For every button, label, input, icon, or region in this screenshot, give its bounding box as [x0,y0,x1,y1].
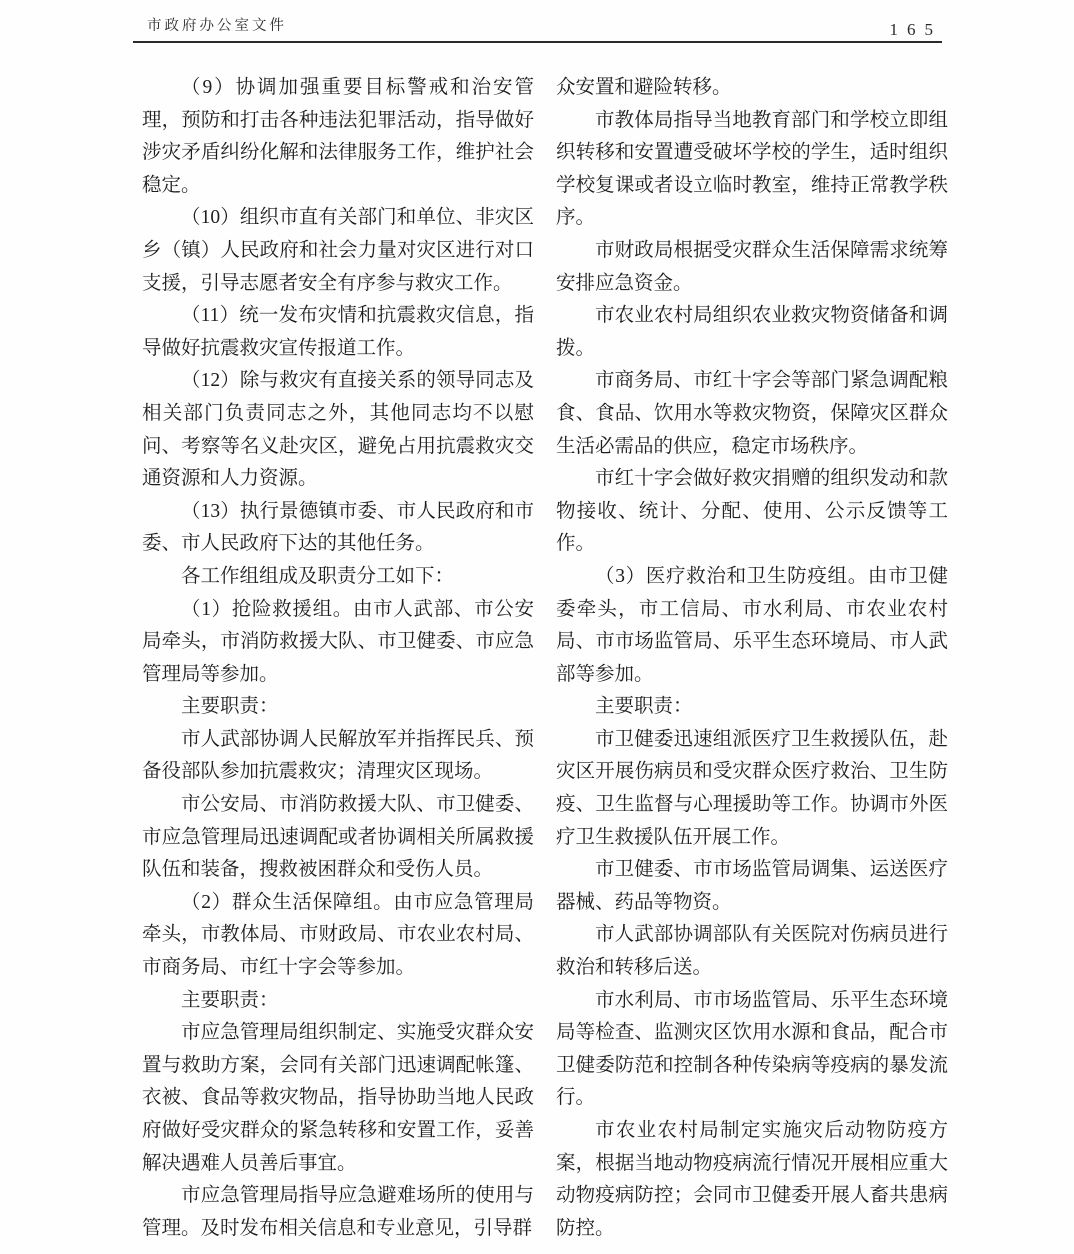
paragraph: 市红十字会做好救灾捐赠的组织发动和款物接收、统计、分配、使用、公示反馈等工作。 [556,463,948,561]
paragraph: 市财政局根据受灾群众生活保障需求统筹安排应急资金。 [556,235,948,300]
paragraph: 市公安局、市消防救援大队、市卫健委、市应急管理局迅速调配或者协调相关所属救援队伍… [142,789,534,887]
paragraph: 市人武部协调人民解放军并指挥民兵、预备役部队参加抗震救灾；清理灾区现场。 [142,724,534,789]
paragraph-continuation: 众安置和避险转移。 [556,72,948,105]
paragraph: 市卫健委迅速组派医疗卫生救援队伍，赴灾区开展伤病员和受灾群众医疗救治、卫生防疫、… [556,724,948,854]
paragraph: 市应急管理局组织制定、实施受灾群众安置与救助方案，会同有关部门迅速调配帐篷、衣被… [142,1017,534,1180]
paragraph: 市人武部协调部队有关医院对伤病员进行救治和转移后送。 [556,919,948,984]
paragraph: （3）医疗救治和卫生防疫组。由市卫健委牵头，市工信局、市水利局、市农业农村局、市… [556,561,948,691]
paragraph: （2）群众生活保障组。由市应急管理局牵头，市教体局、市财政局、市农业农村局、市商… [142,887,534,985]
paragraph: 市商务局、市红十字会等部门紧急调配粮食、食品、饮用水等救灾物资，保障灾区群众生活… [556,365,948,463]
paragraph: 市农业农村局组织农业救灾物资储备和调拨。 [556,300,948,365]
paragraph: 各工作组组成及职责分工如下： [142,561,534,594]
paragraph: （12）除与救灾有直接关系的领导同志及相关部门负责同志之外，其他同志均不以慰问、… [142,365,534,495]
paragraph: 市卫健委、市市场监管局调集、运送医疗器械、药品等物资。 [556,854,948,919]
paragraph: 主要职责： [556,691,948,724]
paragraph: （9）协调加强重要目标警戒和治安管理，预防和打击各种违法犯罪活动，指导做好涉灾矛… [142,72,534,202]
document-page: 市政府办公室文件 165 （9）协调加强重要目标警戒和治安管理，预防和打击各种违… [0,0,1074,1254]
right-column: 众安置和避险转移。 市教体局指导当地教育部门和学校立即组织转移和安置遭受破坏学校… [556,72,948,1245]
paragraph: 市应急管理局指导应急避难场所的使用与管理。及时发布相关信息和专业意见，引导群 [142,1180,534,1245]
header-rule [133,41,942,43]
header-title: 市政府办公室文件 [147,14,287,35]
paragraph: 主要职责： [142,691,534,724]
paragraph: 主要职责： [142,985,534,1018]
paragraph: 市水利局、市市场监管局、乐平生态环境局等检查、监测灾区饮用水源和食品，配合市卫健… [556,985,948,1115]
paragraph: （11）统一发布灾情和抗震救灾信息，指导做好抗震救灾宣传报道工作。 [142,300,534,365]
paragraph: （10）组织市直有关部门和单位、非灾区乡（镇）人民政府和社会力量对灾区进行对口支… [142,202,534,300]
paragraph: （1）抢险救援组。由市人武部、市公安局牵头，市消防救援大队、市卫健委、市应急管理… [142,594,534,692]
left-column: （9）协调加强重要目标警戒和治安管理，预防和打击各种违法犯罪活动，指导做好涉灾矛… [142,72,534,1245]
page-number: 165 [890,20,943,40]
paragraph: 市农业农村局制定实施灾后动物防疫方案，根据当地动物疫病流行情况开展相应重大动物疫… [556,1115,948,1245]
paragraph: （13）执行景德镇市委、市人民政府和市委、市人民政府下达的其他任务。 [142,496,534,561]
paragraph: 市教体局指导当地教育部门和学校立即组织转移和安置遭受破坏学校的学生，适时组织学校… [556,105,948,235]
